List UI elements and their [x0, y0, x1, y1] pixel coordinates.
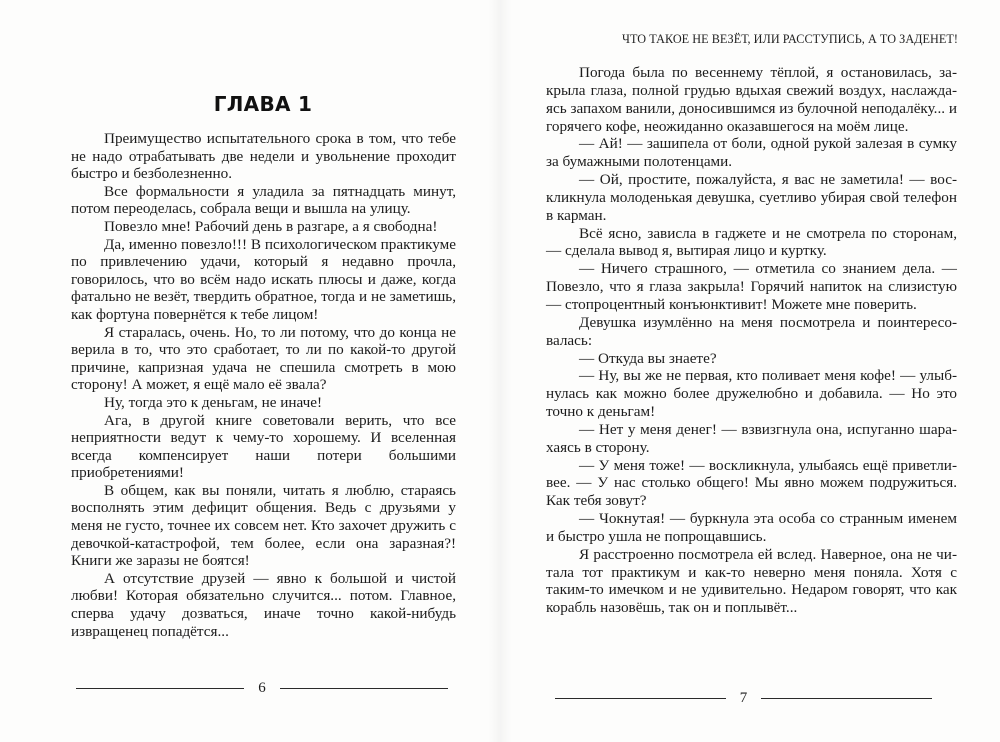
left-page-body: Преимущество испытательного срока в том,…	[71, 130, 456, 640]
book-spread: ГЛАВА 1 Преимущество испытательного срок…	[0, 0, 1000, 742]
paragraph: Преимущество испытательного срока в том,…	[71, 130, 456, 183]
footer-rule	[76, 688, 244, 689]
paragraph: В общем, как вы поняли, читать я люблю, …	[71, 482, 456, 570]
paragraph: — Ничего страшного, — отметила со знание…	[546, 260, 957, 314]
right-page: ЧТО ТАКОЕ НЕ ВЕЗЁТ, ИЛИ РАССТУПИСЬ, А ТО…	[500, 0, 1000, 742]
paragraph: Я расстроенно посмотрела ей вслед. Навер…	[546, 546, 957, 617]
running-header: ЧТО ТАКОЕ НЕ ВЕЗЁТ, ИЛИ РАССТУПИСЬ, А ТО…	[622, 32, 958, 47]
paragraph: Девушка изумлённо на меня посмотрела и п…	[546, 314, 957, 350]
paragraph: — У меня тоже! — воскликнула, улыбаясь е…	[546, 457, 957, 511]
right-page-body: Погода была по весеннему тёплой, я остан…	[546, 64, 957, 617]
footer-rule	[761, 698, 932, 699]
page-number: 6	[244, 680, 280, 697]
paragraph: — Нет у меня денег! — взвизгнула она, ис…	[546, 421, 957, 457]
paragraph: — Ой, простите, пожалуйста, я вас не зам…	[546, 171, 957, 225]
paragraph: Я старалась, очень. Но, то ли потому, чт…	[71, 324, 456, 394]
left-page: ГЛАВА 1 Преимущество испытательного срок…	[0, 0, 500, 742]
footer-rule	[280, 688, 448, 689]
paragraph: — Ай! — зашипела от боли, одной рукой за…	[546, 135, 957, 171]
page-number: 7	[726, 690, 762, 707]
paragraph: — Чокнутая! — буркнула эта особа со стра…	[546, 510, 957, 546]
footer-rule	[555, 698, 726, 699]
paragraph: Повезло мне! Рабочий день в разгаре, а я…	[71, 218, 456, 236]
paragraph: — Ну, вы же не первая, кто поливает меня…	[546, 367, 957, 421]
page-footer-left: 6	[76, 678, 448, 698]
chapter-title: ГЛАВА 1	[71, 92, 455, 116]
paragraph: Да, именно повезло!!! В психологическом …	[71, 236, 456, 324]
paragraph: Всё ясно, зависла в гаджете и не смотрел…	[546, 225, 957, 261]
paragraph: Погода была по весеннему тёплой, я остан…	[546, 64, 957, 135]
paragraph: Ага, в другой книге советовали верить, ч…	[71, 412, 456, 482]
page-footer-right: 7	[555, 688, 932, 708]
paragraph: — Откуда вы знаете?	[546, 350, 957, 368]
paragraph: А отсутствие друзей — явно к большой и ч…	[71, 570, 456, 640]
paragraph: Все формальности я уладила за пятнадцать…	[71, 183, 456, 218]
paragraph: Ну, тогда это к деньгам, не иначе!	[71, 394, 456, 412]
